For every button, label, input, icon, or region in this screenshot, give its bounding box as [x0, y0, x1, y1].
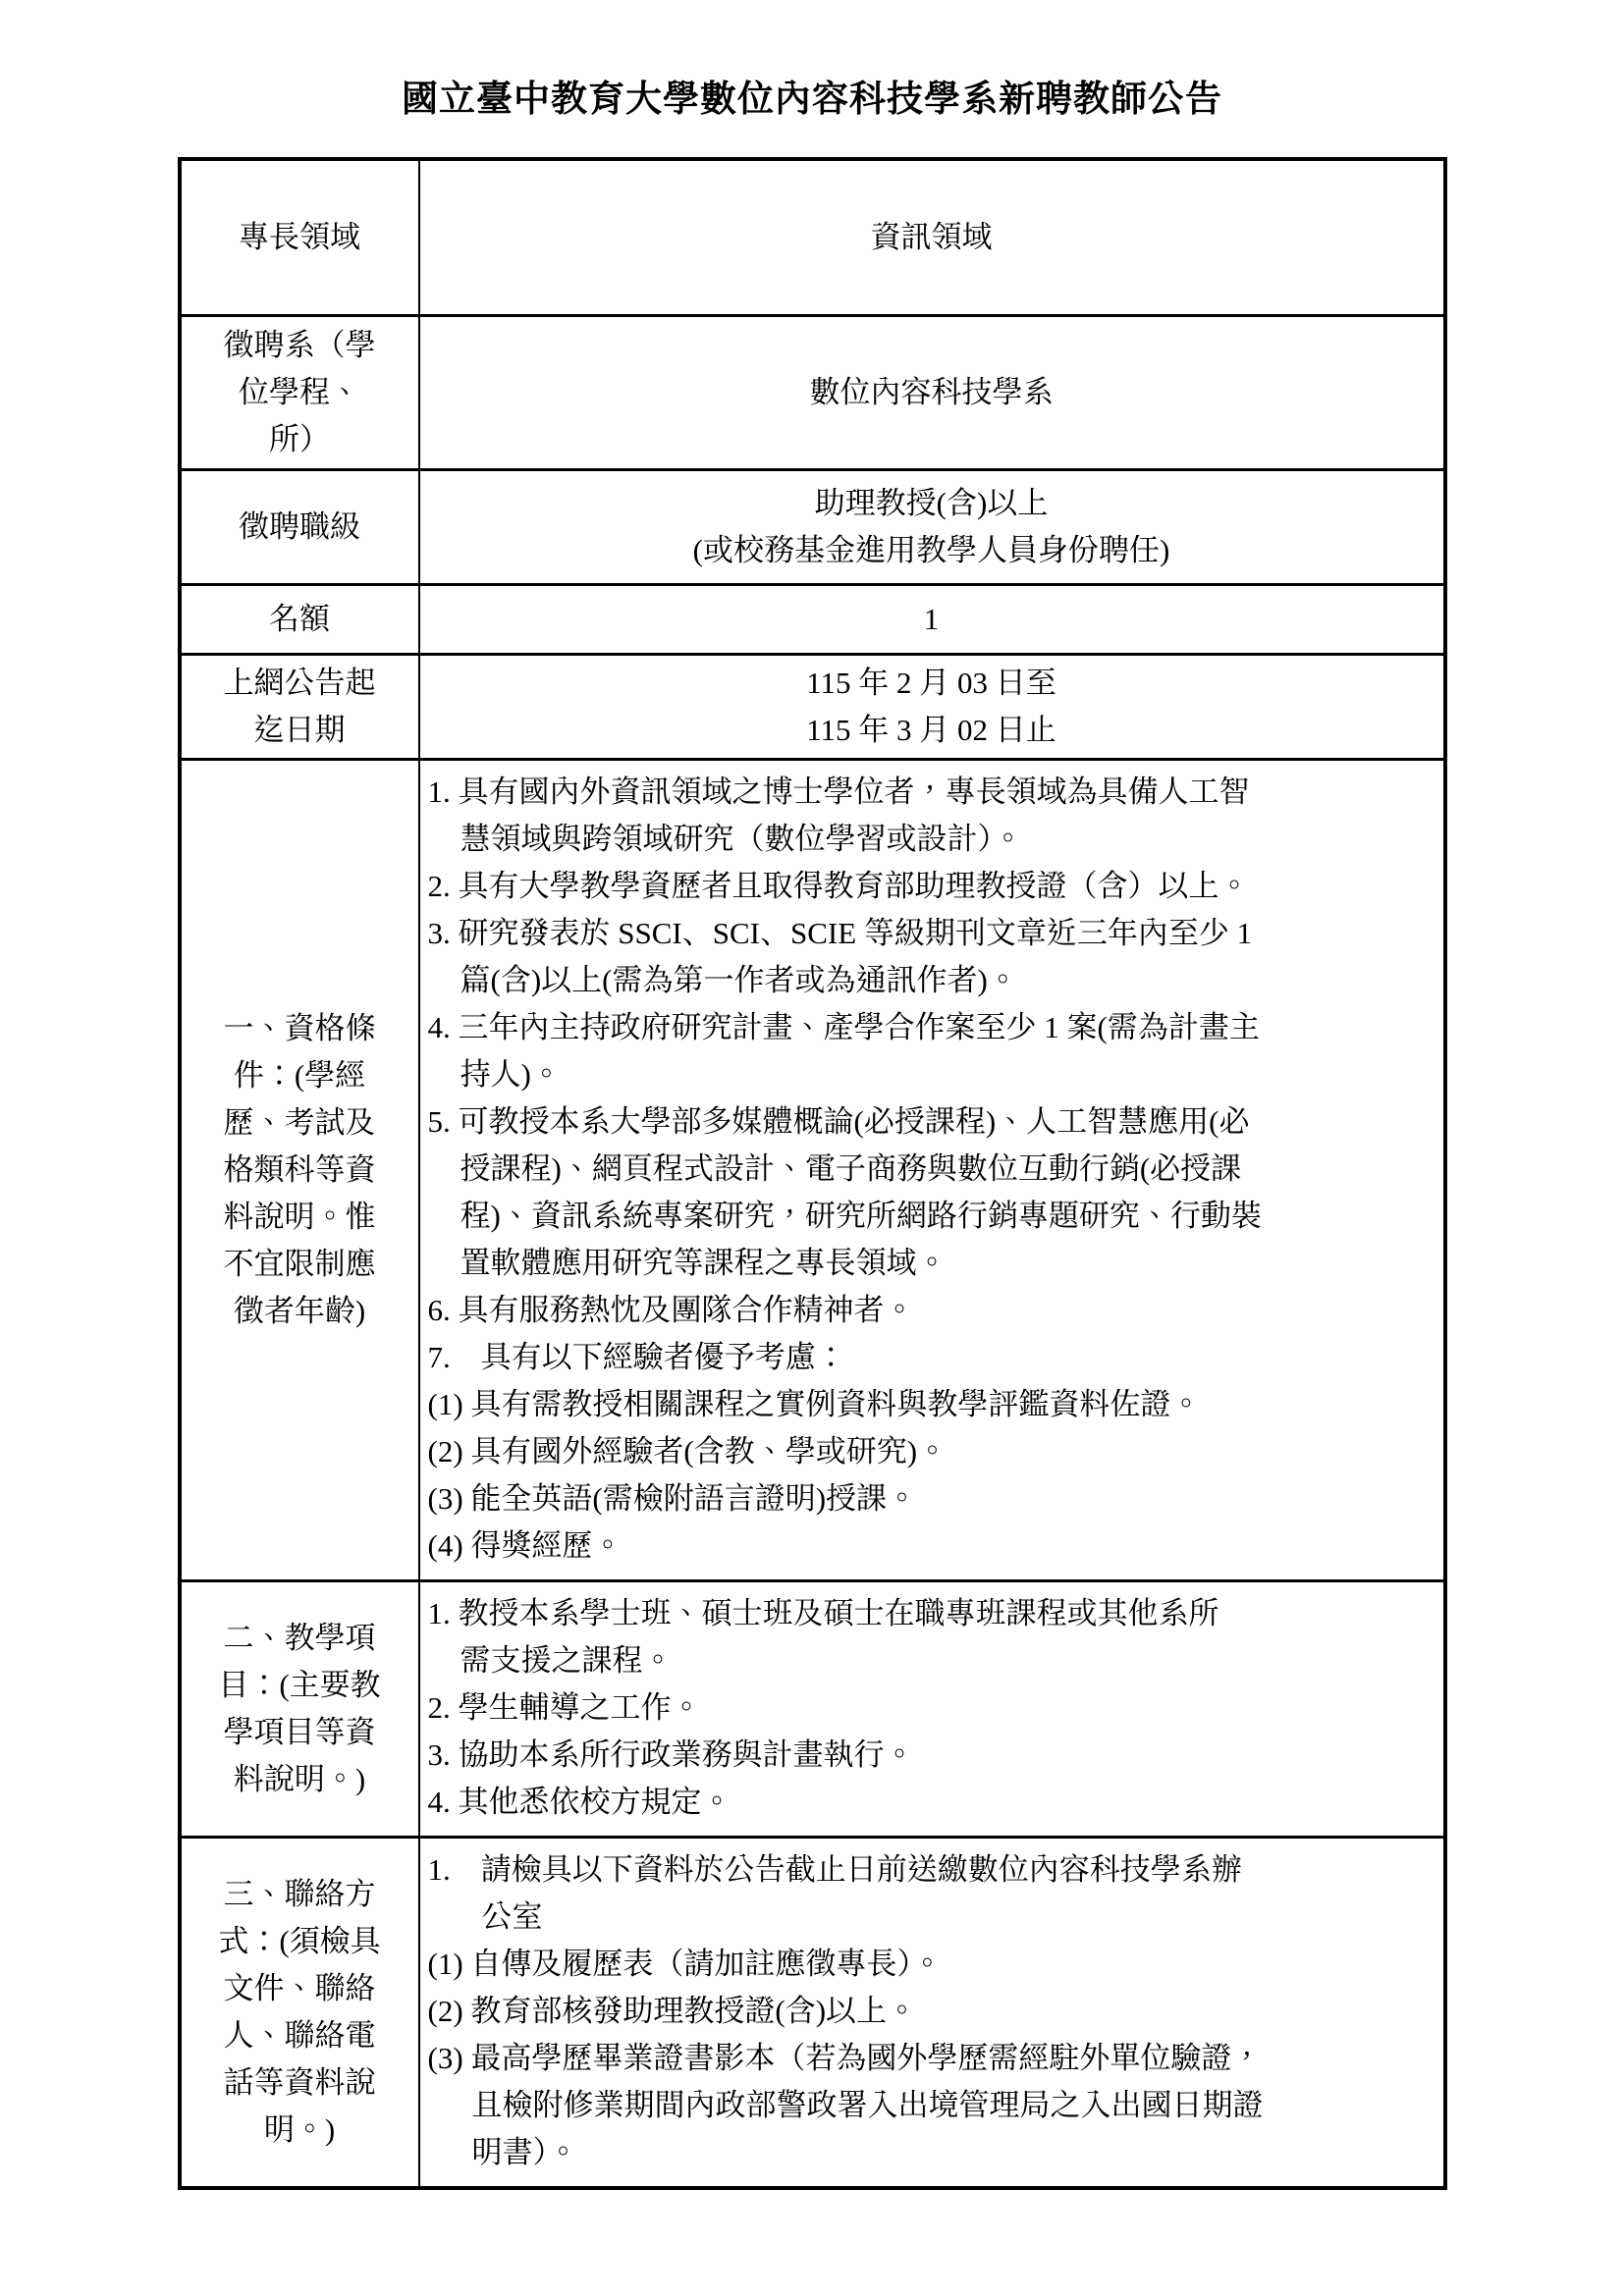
row-announcement-period: 上網公告起 迄日期 115 年 2 月 03 日至 115 年 3 月 02 日… — [180, 655, 1445, 760]
list-item: (2) 具有國外經驗者(含教、學或研究)。 — [428, 1428, 1435, 1475]
section-qualifications: 一、資格條 件：(學經 歷、考試及 格類科等資 料說明。惟 不宜限制應 徵者年齡… — [180, 760, 1445, 1581]
section-contact: 三、聯絡方 式：(須檢具 文件、聯絡 人、聯絡電 話等資料說 明。) 1. 請檢… — [180, 1838, 1445, 2189]
row-specialty-field: 專長領域 資訊領域 — [180, 159, 1445, 316]
list-item: 4. 三年內主持政府研究計畫、產學合作案至少 1 案(需為計畫主 持人)。 — [428, 1004, 1435, 1098]
list-item: 1. 具有國內外資訊領域之博士學位者，專長領域為具備人工智 慧領域與跨領域研究（… — [428, 769, 1435, 863]
list-item: 2. 學生輔導之工作。 — [428, 1684, 1435, 1732]
hiring-rank-label: 徵聘職級 — [180, 470, 419, 585]
contact-section-content: 1. 請檢具以下資料於公告截止日前送繳數位內容科技學系辦 公室(1) 自傳及履歷… — [419, 1838, 1445, 2189]
teaching-duties-items: 1. 教授本系學士班、碩士班及碩士在職專班課程或其他系所 需支援之課程。2. 學… — [428, 1590, 1435, 1826]
list-item: (1) 具有需教授相關課程之實例資料與教學評鑑資料佐證。 — [428, 1381, 1435, 1428]
specialty-field-value: 資訊領域 — [419, 159, 1445, 316]
qualifications-section-label: 一、資格條 件：(學經 歷、考試及 格類科等資 料說明。惟 不宜限制應 徵者年齡… — [180, 760, 419, 1581]
hiring-rank-value: 助理教授(含)以上 (或校務基金進用教學人員身份聘任) — [419, 470, 1445, 585]
hiring-department-label: 徵聘系（學 位學程、 所） — [180, 316, 419, 470]
teaching-duties-section-label: 二、教學項 目：(主要教 學項目等資 料說明。) — [180, 1581, 419, 1838]
page-title: 國立臺中教育大學數位內容科技學系新聘教師公告 — [0, 69, 1624, 122]
list-item: 3. 協助本系所行政業務與計畫執行。 — [428, 1732, 1435, 1779]
section-teaching-duties: 二、教學項 目：(主要教 學項目等資 料說明。) 1. 教授本系學士班、碩士班及… — [180, 1581, 1445, 1838]
contact-section-label: 三、聯絡方 式：(須檢具 文件、聯絡 人、聯絡電 話等資料說 明。) — [180, 1838, 419, 2189]
announcement-page: 國立臺中教育大學數位內容科技學系新聘教師公告 專長領域 資訊領域 徵聘系（學 位… — [0, 0, 1624, 2190]
list-item: 6. 具有服務熱忱及團隊合作精神者。 — [428, 1287, 1435, 1334]
announcement-period-value: 115 年 2 月 03 日至 115 年 3 月 02 日止 — [419, 655, 1445, 760]
list-item: 5. 可教授本系大學部多媒體概論(必授課程)、人工智慧應用(必 授課程)、網頁程… — [428, 1098, 1435, 1287]
teaching-duties-section-content: 1. 教授本系學士班、碩士班及碩士在職專班課程或其他系所 需支援之課程。2. 學… — [419, 1581, 1445, 1838]
list-item: (1) 自傳及履歷表（請加註應徵專長）。 — [428, 1941, 1435, 1988]
list-item: 4. 其他悉依校方規定。 — [428, 1779, 1435, 1826]
announcement-table: 專長領域 資訊領域 徵聘系（學 位學程、 所） 數位內容科技學系 徵聘職級 助理… — [178, 157, 1447, 2190]
quota-value: 1 — [419, 585, 1445, 655]
quota-label: 名額 — [180, 585, 419, 655]
qualifications-section-content: 1. 具有國內外資訊領域之博士學位者，專長領域為具備人工智 慧領域與跨領域研究（… — [419, 760, 1445, 1581]
contact-items: 1. 請檢具以下資料於公告截止日前送繳數位內容科技學系辦 公室(1) 自傳及履歷… — [428, 1846, 1435, 2176]
hiring-department-value: 數位內容科技學系 — [419, 316, 1445, 470]
row-hiring-rank: 徵聘職級 助理教授(含)以上 (或校務基金進用教學人員身份聘任) — [180, 470, 1445, 585]
list-item: 1. 教授本系學士班、碩士班及碩士在職專班課程或其他系所 需支援之課程。 — [428, 1590, 1435, 1684]
list-item: (2) 教育部核發助理教授證(含)以上。 — [428, 1988, 1435, 2035]
list-item: (4) 得獎經歷。 — [428, 1522, 1435, 1570]
list-item: 2. 具有大學教學資歷者且取得教育部助理教授證（含）以上。 — [428, 863, 1435, 910]
list-item: 1. 請檢具以下資料於公告截止日前送繳數位內容科技學系辦 公室 — [428, 1846, 1435, 1941]
row-hiring-department: 徵聘系（學 位學程、 所） 數位內容科技學系 — [180, 316, 1445, 470]
qualifications-items: 1. 具有國內外資訊領域之博士學位者，專長領域為具備人工智 慧領域與跨領域研究（… — [428, 769, 1435, 1570]
specialty-field-label: 專長領域 — [180, 159, 419, 316]
list-item: 3. 研究發表於 SSCI、SCI、SCIE 等級期刊文章近三年內至少 1 篇(… — [428, 910, 1435, 1004]
list-item: (3) 能全英語(需檢附語言證明)授課。 — [428, 1475, 1435, 1522]
list-item: (3) 最高學歷畢業證書影本（若為國外學歷需經駐外單位驗證， 且檢附修業期間內政… — [428, 2035, 1435, 2176]
list-item: 7. 具有以下經驗者優予考慮： — [428, 1334, 1435, 1381]
row-quota: 名額 1 — [180, 585, 1445, 655]
announcement-period-label: 上網公告起 迄日期 — [180, 655, 419, 760]
